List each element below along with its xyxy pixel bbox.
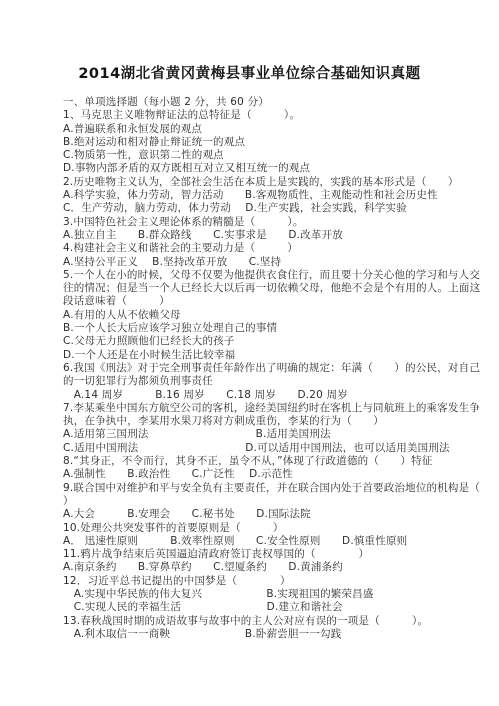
- text-line: D.事物内部矛盾的双方既相互对立又相互统一的观点: [63, 162, 479, 175]
- text-line: C.适用中国刑法 D.可以适用中国刑法，也可以适用美国刑法: [63, 442, 479, 455]
- exam-body: 一、单项选择题（每小题 2 分，共 60 分）1、马克思主义唯物辩证法的总特征是…: [63, 96, 479, 641]
- text-line: 9.联合国中对维护和平与安全负有主要责任，并在联合国内处于首要政治地位的机构是（: [63, 482, 479, 495]
- text-line: A.独立自主 B.群众路线 C.实事求是 D.改革开放: [63, 229, 479, 242]
- text-line: C.父母无力照顾他们已经长大的孩子: [63, 335, 479, 348]
- text-line: 执，在争执中，李某用水果刀将对方刺成重伤，李某的行为（ ）: [63, 415, 479, 428]
- text-line: A.普遍联系和永恒发展的观点: [63, 123, 479, 136]
- text-line: A.强制性 B.政治性 C.广泛性 D.示范性: [63, 468, 479, 481]
- text-line: 段话意味着（ ）: [63, 295, 479, 308]
- text-line: A． 迅速性原则 B.效率性原则 C.安全性原则 D.慎重性原则: [63, 535, 479, 548]
- text-line: 10.处理公共突发事件的首要原则是（ ）: [63, 522, 479, 535]
- text-line: 7.李某乘坐中国东方航空公司的客机，途经美国纽约时在客机上与同航班上的乘客发生争: [63, 402, 479, 415]
- text-line: 3.中国特色社会主义理论体系的精髓是（ ）。: [63, 216, 479, 229]
- text-line: 1、马克思主义唯物辩证法的总特征是（ ）。: [63, 109, 479, 122]
- text-line: 一、单项选择题（每小题 2 分，共 60 分）: [63, 96, 479, 109]
- text-line: A.14 周岁 B.16 周岁 C.18 周岁 D.20 周岁: [63, 389, 479, 402]
- text-line: A.南京条约 B.穿鼻草约 C.望厦条约 D.黄浦条约: [63, 561, 479, 574]
- text-line: A.大会 B.安理会 C.秘书处 D.国际法院: [63, 508, 479, 521]
- text-line: C.物质第一性，意识第二性的观点: [63, 149, 479, 162]
- text-line: 4.构建社会主义和谐社会的主要动力是（ ）: [63, 242, 479, 255]
- text-line: 12．习近平总书记提出的中国梦是（ ）: [63, 575, 479, 588]
- text-line: B.一个人长大后应该学习独立处理自己的事情: [63, 322, 479, 335]
- text-line: C．生产劳动，脑力劳动，体力劳动 D.生产实践，社会实践，科学实验: [63, 202, 479, 215]
- text-line: A.适用第三国刑法 B.适用美国刑法: [63, 428, 479, 441]
- text-line: 13.春秋战国时期的成语故事与故事中的主人公对应有误的一项是（ ）。: [63, 615, 479, 628]
- text-line: A.坚持公平正义 B.坚持改革开放 C.坚持: [63, 256, 479, 269]
- exam-document-page: 2014湖北省黄冈黄梅县事业单位综合基础知识真题 一、单项选择题（每小题 2 分…: [0, 0, 499, 706]
- text-line: 往的情况；但是当一个人已经长大以后再一切依赖父母，他绝不会是个有用的人。上面这: [63, 282, 479, 295]
- text-line: B.绝对运动和相对静止辩证统一的观点: [63, 136, 479, 149]
- text-line: A.有用的人从不依赖父母: [63, 309, 479, 322]
- text-line: A.科学实验，体力劳动，智力活动 B.客观物质性，主观能动性和社会历史性: [63, 189, 479, 202]
- text-line: 2.历史唯物主义认为，全部社会生活在本质上是实践的，实践的基本形式是（ ）: [63, 176, 479, 189]
- text-line: 5.一个人在小的时候，父母不仅要为他提供衣食住行，而且要十分关心他的学习和与人交: [63, 269, 479, 282]
- text-line: 11.鸦片战争结束后英国逼迫清政府签订丧权辱国的（ ）: [63, 548, 479, 561]
- text-line: A.利木取信一一商鞅 B.卧薪尝胆一一勾践: [63, 628, 479, 641]
- exam-title: 2014湖北省黄冈黄梅县事业单位综合基础知识真题: [0, 64, 499, 84]
- text-line: 8.“其身正，不令而行，其身不正，虽令不从，”体现了行政道德的（ ）特征: [63, 455, 479, 468]
- text-line: ）: [63, 495, 479, 508]
- text-line: A.实现中华民族的伟大复兴 B.实现祖国的繁荣昌盛: [63, 588, 479, 601]
- text-line: 6.我国《刑法》对于完全刑事责任年龄作出了明确的规定：年满（ ）的公民，对自己: [63, 362, 479, 375]
- text-line: D.一个人还是在小时候生活比较幸福: [63, 349, 479, 362]
- text-line: 的一切犯罪行为都须负刑事责任: [63, 375, 479, 388]
- text-line: C.实现人民的幸福生活 D.建立和谐社会: [63, 601, 479, 614]
